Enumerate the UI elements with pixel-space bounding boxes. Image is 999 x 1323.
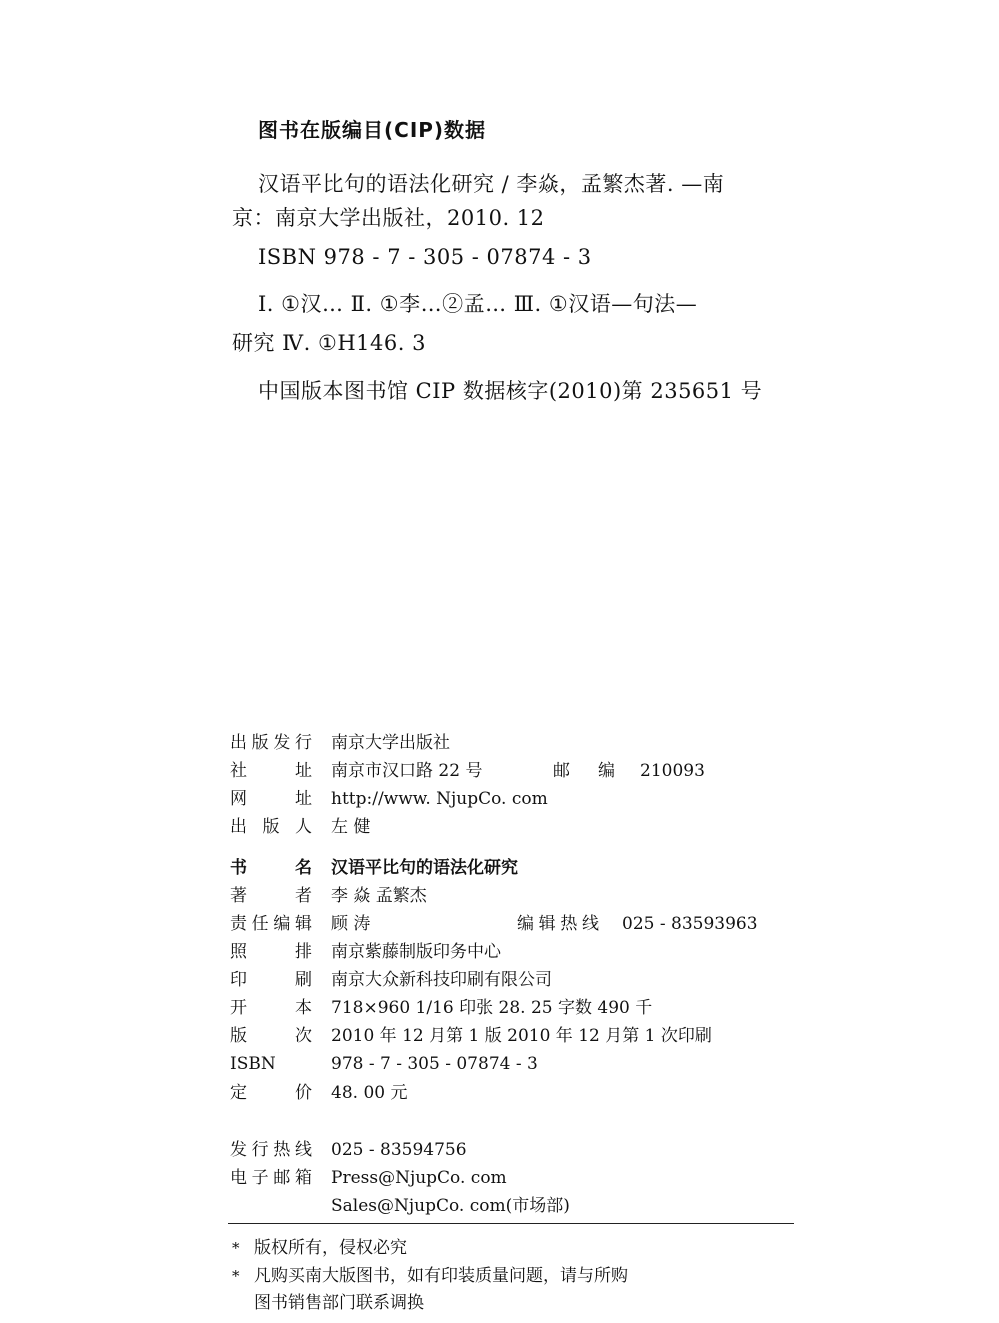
cip-number: 中国版本图书馆 CIP 数据核字(2010)第 235651 号 bbox=[258, 379, 762, 403]
postcode-label: 邮编 bbox=[553, 759, 615, 783]
cip-classification-line-2: 研究 Ⅳ. ①H146. 3 bbox=[232, 331, 426, 355]
sales-hotline-value: 025 - 83594756 bbox=[331, 1138, 467, 1162]
printing-value: 南京大众新科技印刷有限公司 bbox=[331, 968, 552, 992]
address-value: 南京市汉口路 22 号 bbox=[331, 759, 482, 783]
quality-note: *凡购买南大版图书，如有印装质量问题，请与所购 bbox=[232, 1264, 628, 1288]
typesetting-value: 南京紫藤制版印务中心 bbox=[331, 940, 501, 964]
website-label: 网址 bbox=[230, 787, 312, 811]
publisher-value: 南京大学出版社 bbox=[331, 731, 450, 755]
format-label: 开本 bbox=[230, 996, 312, 1020]
editor-hotline-label: 编辑热线 bbox=[517, 912, 599, 936]
book-title-label: 书名 bbox=[230, 856, 312, 880]
price-value: 48. 00 元 bbox=[331, 1081, 407, 1105]
cip-entry-line-2: 京：南京大学出版社，2010. 12 bbox=[232, 206, 545, 230]
copyright-note: *版权所有，侵权必究 bbox=[232, 1236, 407, 1260]
cip-isbn: ISBN 978 - 7 - 305 - 07874 - 3 bbox=[258, 245, 592, 269]
editor-label: 责任编辑 bbox=[230, 912, 312, 936]
website-link[interactable]: http://www. NjupCo. com bbox=[331, 787, 548, 811]
format-value: 718×960 1/16 印张 28. 25 字数 490 千 bbox=[331, 996, 652, 1020]
asterisk-icon: * bbox=[232, 1264, 254, 1288]
email-press-link[interactable]: Press@NjupCo. com bbox=[331, 1166, 507, 1190]
quality-text-line-2: 图书销售部门联系调换 bbox=[232, 1293, 424, 1313]
isbn-label: ISBN bbox=[230, 1052, 312, 1076]
publisher-person-value: 左 健 bbox=[331, 815, 370, 839]
printing-label: 印刷 bbox=[230, 968, 312, 992]
book-title-value: 汉语平比句的语法化研究 bbox=[331, 856, 518, 880]
asterisk-icon: * bbox=[232, 1236, 254, 1260]
copyright-text: 版权所有，侵权必究 bbox=[254, 1238, 407, 1258]
publisher-label: 出版发行 bbox=[230, 731, 312, 755]
sales-hotline-label: 发行热线 bbox=[230, 1138, 312, 1162]
postcode-value: 210093 bbox=[640, 759, 705, 783]
quality-note-continued: 图书销售部门联系调换 bbox=[232, 1291, 424, 1315]
price-label: 定价 bbox=[230, 1081, 312, 1105]
email-sales-link[interactable]: Sales@NjupCo. com(市场部) bbox=[331, 1194, 570, 1218]
isbn-value: 978 - 7 - 305 - 07874 - 3 bbox=[331, 1052, 538, 1076]
cip-title: 图书在版编目(CIP)数据 bbox=[258, 114, 486, 143]
quality-text-line-1: 凡购买南大版图书，如有印装质量问题，请与所购 bbox=[254, 1266, 628, 1286]
typesetting-label: 照排 bbox=[230, 940, 312, 964]
author-label: 著者 bbox=[230, 884, 312, 908]
address-label: 社址 bbox=[230, 759, 312, 783]
editor-value: 顾 涛 bbox=[331, 912, 370, 936]
edition-label: 版次 bbox=[230, 1024, 312, 1048]
edition-value: 2010 年 12 月第 1 版 2010 年 12 月第 1 次印刷 bbox=[331, 1024, 712, 1048]
cip-classification-line-1: Ⅰ. ①汉… Ⅱ. ①李…②孟… Ⅲ. ①汉语—句法— bbox=[258, 292, 697, 316]
email-label: 电子邮箱 bbox=[230, 1166, 312, 1190]
divider-rule bbox=[228, 1223, 794, 1224]
publisher-person-label: 出版人 bbox=[230, 815, 312, 839]
cip-entry-line-1: 汉语平比句的语法化研究 / 李焱，孟繁杰著. —南 bbox=[258, 172, 724, 196]
author-value: 李 焱 孟繁杰 bbox=[331, 884, 427, 908]
editor-hotline-value: 025 - 83593963 bbox=[622, 912, 758, 936]
